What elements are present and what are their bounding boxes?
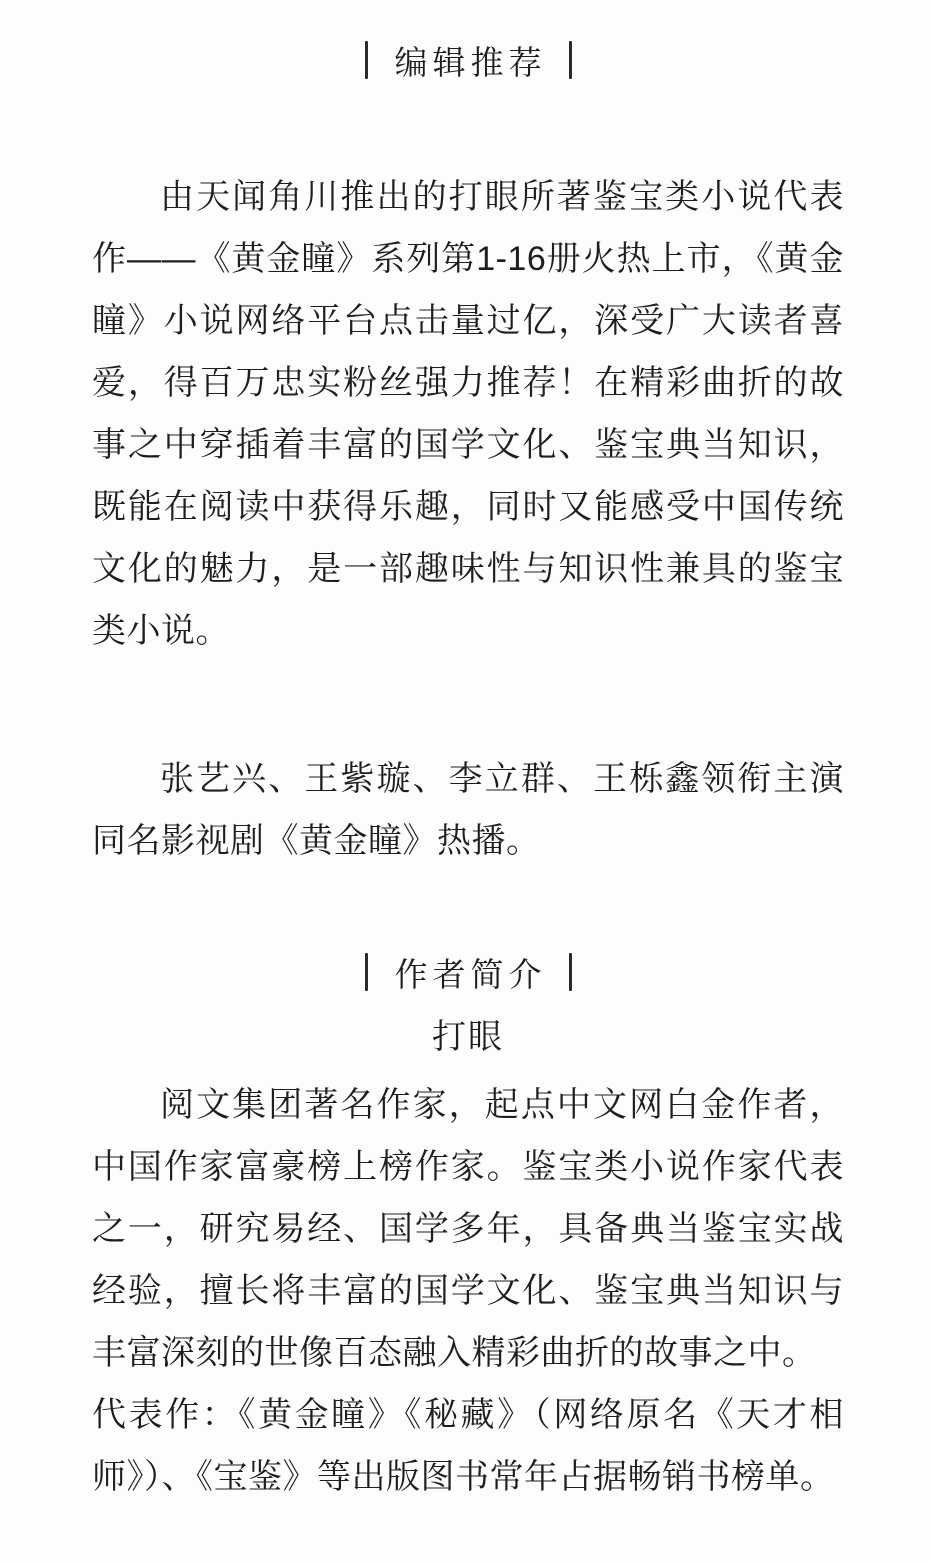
heading-left-bar bbox=[365, 953, 368, 991]
author-intro-heading-label: 作者简介 bbox=[390, 949, 547, 996]
heading-right-bar bbox=[569, 41, 572, 79]
editor-recommendation-heading-label: 编辑推荐 bbox=[390, 37, 547, 84]
tv-drama-paragraph: 张艺兴、王紫璇、李立群、王栎鑫领衔主演同名影视剧《黄金瞳》热播。 bbox=[92, 748, 844, 872]
author-name: 打眼 bbox=[92, 1006, 844, 1068]
heading-left-bar bbox=[365, 41, 368, 79]
representative-works-paragraph: 代表作：《黄金瞳》《秘藏》（网络原名《天才相师》）、《宝鉴》等出版图书常年占据畅… bbox=[92, 1384, 844, 1508]
author-bio-paragraph: 阅文集团著名作家，起点中文网白金作者，中国作家富豪榜上榜作家。鉴宝类小说作家代表… bbox=[92, 1074, 844, 1384]
editor-recommendation-paragraph: 由天闻角川推出的打眼所著鉴宝类小说代表作——《黄金瞳》系列第1-16册火热上市，… bbox=[92, 166, 844, 662]
section-heading-author-intro: 作者简介 bbox=[92, 950, 844, 994]
section-heading-editor-recommendation: 编辑推荐 bbox=[92, 38, 844, 82]
heading-right-bar bbox=[569, 953, 572, 991]
book-description-page: 编辑推荐 由天闻角川推出的打眼所著鉴宝类小说代表作——《黄金瞳》系列第1-16册… bbox=[0, 0, 930, 1562]
